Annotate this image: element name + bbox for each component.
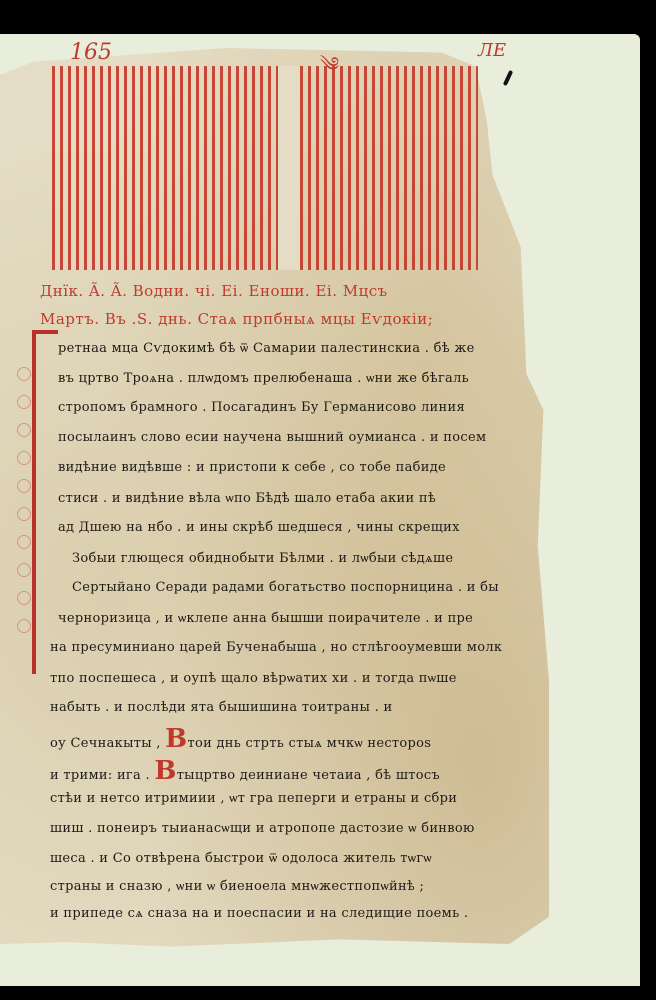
text-line: страны и сназю , ѡни ѡ биеноела мнѡжестп…	[50, 878, 424, 894]
foliation-left: 165	[70, 40, 112, 65]
text-line: Сертыйано Серади радами богатьство поспо…	[72, 580, 499, 595]
text-line-with-red-capital: и трими: ига . Втыцртво деиниане четаиа …	[50, 756, 440, 786]
text-line: стиси . и видѣние вѣла ѡпо Бѣдѣ шало ета…	[58, 490, 436, 506]
text-line: Зобыи глющеся обиднобыти Бѣлми . и лѡбыи…	[72, 550, 453, 566]
text-line: набыть . и послѣди ята бышишина тоитраны…	[50, 700, 392, 715]
text-line: въ цртво Троѧна . плѡдомъ прелюбенаша . …	[58, 370, 469, 386]
text-line: черноризица , и ѡклепе анна бышши поирач…	[58, 610, 473, 626]
rubric-line-2: Мартъ. Въ .Ѕ. днь. Стаѧ прпбныѧ мцы Еѵдо…	[40, 310, 433, 329]
text-line: и припеде сѧ сназа на и поеспасии и на с…	[50, 905, 468, 921]
vyaz-title-heading	[52, 66, 478, 270]
text-line: тпо поспешеса , и оупѣ щало вѣрѡатих хи …	[50, 670, 457, 686]
text-line: на пресуминиано царей Бученабыша , но ст…	[50, 640, 502, 655]
text-line: ад Дшею на нбо . и ины скрѣб шедшеся , ч…	[58, 520, 460, 535]
rubric-line-1: Днїк. Ã. Ã. Водни. чі. Еі. Еноши. Еі. Мц…	[40, 282, 388, 300]
red-capital: В	[165, 724, 187, 754]
foliation-right: ЛЕ	[478, 40, 506, 61]
text-line-with-red-capital: оу Сечнакыты , Втои днь стрть стыѧ мчкѡ …	[50, 724, 431, 754]
text-line: стропомъ брамного . Посагадинъ Бу Герман…	[58, 400, 465, 415]
text-line: шеса . и Со отвѣрена быстрои ѿ одолоса ж…	[50, 850, 432, 866]
text-line: шиш . понеиръ тыианасѡщи и атропопе даст…	[50, 820, 475, 836]
heading-gap	[278, 66, 300, 270]
text-line: ретнаа мца Сѵдокимѣ бѣ ѿ Самарии палести…	[58, 340, 475, 356]
text-line: стѣи и нетсо итримиии , ѡт гра пеперги и…	[50, 790, 457, 806]
text-line: посылаинъ слово есии научена вышний оуми…	[58, 430, 486, 445]
text-line: видѣние видѣвше : и пристопи к себе , со…	[58, 460, 446, 475]
decorated-initial	[32, 330, 58, 674]
red-capital: В	[154, 756, 176, 786]
